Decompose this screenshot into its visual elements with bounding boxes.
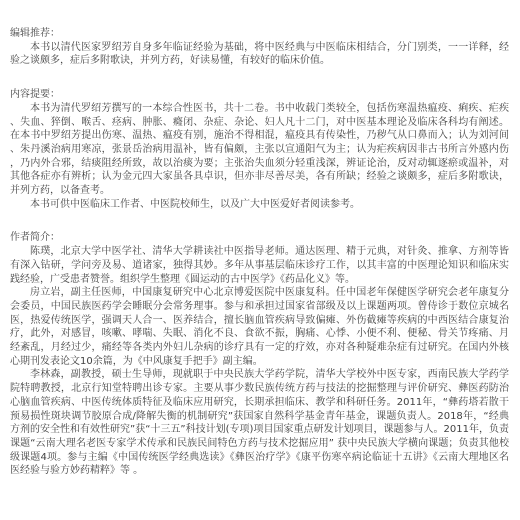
author-bio-paragraph-lilinsen: 李林森，副教授，硕士生导师，现就职于中央民族大学药学院，清华大学校外中医专家，西… bbox=[10, 368, 509, 478]
section-content-summary: 内容提要： 本书为清代罗绍芳撰写的一本综合性医书，共十二卷。书中收载门类较全，包… bbox=[10, 88, 509, 211]
content-summary-heading: 内容提要： bbox=[10, 88, 509, 102]
section-editor-recommendation: 编辑推荐： 本书以清代医家罗绍芳自身多年临证经验为基础，将中医经典与中医临床相结… bbox=[10, 27, 509, 68]
author-bio-paragraph-chenpu: 陈璞，北京大学中医学社、清华大学耕读社中医指导老师。通达医理、精于元典，对针灸、… bbox=[10, 245, 509, 286]
author-bio-heading: 作者简介： bbox=[10, 231, 509, 245]
book-description-page: 编辑推荐： 本书以清代医家罗绍芳自身多年临证经验为基础，将中医经典与中医临床相结… bbox=[0, 0, 520, 520]
editor-recommendation-paragraph: 本书以清代医家罗绍芳自身多年临证经验为基础，将中医经典与中医临床相结合，分门别类… bbox=[10, 41, 509, 68]
content-summary-paragraph-2: 本书可供中医临床工作者、中医院校师生，以及广大中医爱好者阅读参考。 bbox=[10, 198, 509, 212]
content-summary-paragraph-1: 本书为清代罗绍芳撰写的一本综合性医书，共十二卷。书中收载门类较全，包括伤寒温热瘟… bbox=[10, 102, 509, 198]
author-bio-paragraph-fangliyan: 房立岩，副主任医师，中国康复研究中心北京博爱医院中医康复科。任中国老年保健医学研… bbox=[10, 286, 509, 368]
section-author-bio: 作者简介： 陈璞，北京大学中医学社、清华大学耕读社中医指导老师。通达医理、精于元… bbox=[10, 231, 509, 478]
editor-recommendation-heading: 编辑推荐： bbox=[10, 27, 509, 41]
